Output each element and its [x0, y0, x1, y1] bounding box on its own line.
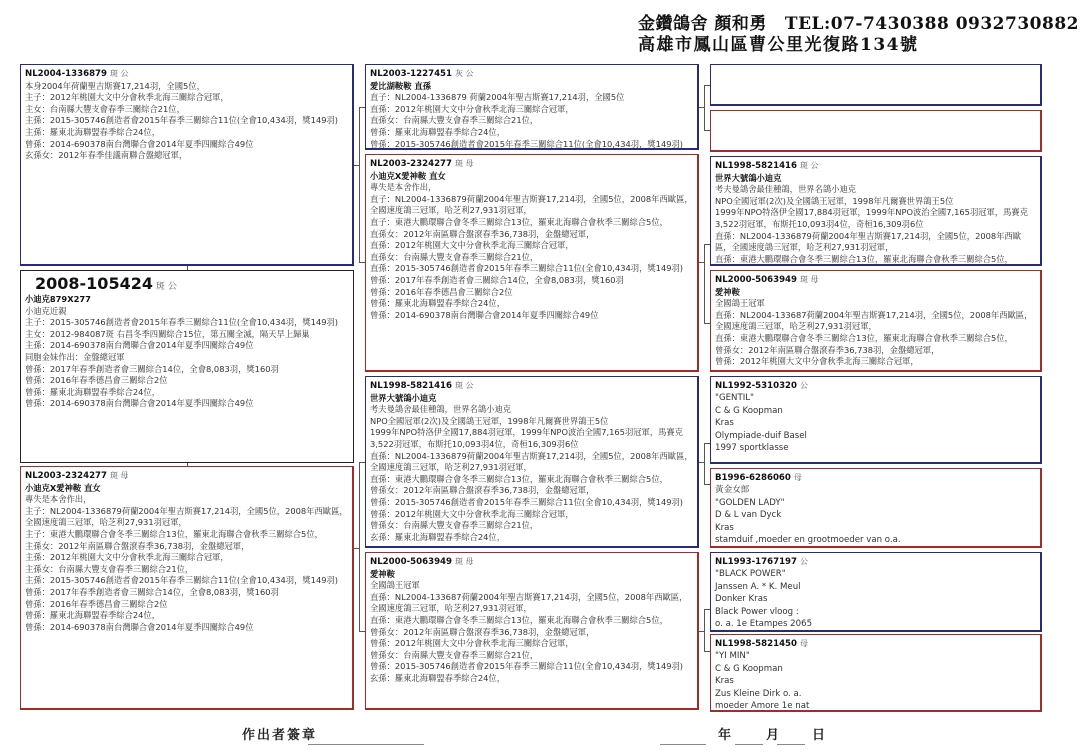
- pedigree-box-gen3-4: NL2000-5063949斑 母 愛神鞍 全國鴿王冠軍直孫：NL2004-13…: [710, 270, 1042, 372]
- pedigree-line: "GENTIL": [715, 392, 1036, 404]
- ring-number: NL1993-1767197: [715, 557, 797, 567]
- pedigree-line: 曾孫：2012年桃園大文中分會秋季北海三關綜合冠軍，: [370, 509, 693, 521]
- pedigree-line: 曾孫女：2012年南區聯合盤滾春季36,738羽，金盤總冠軍，: [715, 345, 1036, 357]
- pedigree-box-subject: 2008-105424斑 公 小迪克879X277 小迪克近親主子：2015-3…: [20, 270, 354, 463]
- pedigree-line: 本身2004年荷蘭聖吉斯賽17,214羽，全國5位，: [25, 81, 348, 93]
- pedigree-line: Donker Kras: [715, 593, 1036, 605]
- pedigree-box-dam-sire: NL1998-5821416斑 公 世界大號鴿小迪克 考夫曼鴿舍最佳種鴿，世界名…: [365, 376, 699, 548]
- connector-line: [704, 244, 710, 245]
- pedigree-line: 主女：2012-984087斑 右昌冬季四關綜合15位，第五關全滅，隔天早上歸巢: [25, 329, 349, 341]
- pedigree-line: 曾孫女：台南縣大豐支會春季三關綜合21位，: [370, 520, 693, 532]
- pedigree-line: 曾孫：羅東北海聯盟春季綜合24位，: [25, 387, 349, 399]
- pedigree-box-gen3-2: [710, 110, 1042, 152]
- connector-line: [359, 462, 365, 463]
- pedigree-line: 全國鴿王冠軍: [715, 298, 1036, 310]
- box-lines: 直子：NL2004-1336879 荷蘭2004年聖吉斯賽17,214羽，全國5…: [370, 92, 693, 150]
- connector-line: [704, 130, 710, 131]
- pedigree-line: "BLACK POWER": [715, 568, 1036, 580]
- connector-line: [359, 107, 360, 263]
- pedigree-line: 同胞金妹作出：金盤總冠軍: [25, 352, 349, 364]
- pedigree-line: 曾孫：羅東北海聯盟春季綜合24位，: [25, 610, 348, 622]
- month-line[interactable]: [735, 744, 763, 745]
- pedigree-box-gen3-7: NL1993-1767197公 "BLACK POWER"Janssen A. …: [710, 552, 1042, 632]
- pedigree-line: 主孫：2015-305746創造者會2015年春季三關綜合11位(全會10,43…: [25, 115, 348, 127]
- pedigree-line: 直孫：東港大鵬環聯合會冬季三關綜合13位，羅東北海聯合會秋季三關綜合5位，: [370, 474, 693, 486]
- pedigree-line: 1997 sportklasse: [715, 442, 1036, 454]
- pedigree-line: 主子：2015-305746創造者會2015年春季三關綜合11位(全會10,43…: [25, 317, 349, 329]
- pedigree-line: 曾孫：2017年春季創造者會三關綜合14位，全會8,083羽，獎160羽: [25, 587, 348, 599]
- ring-number: NL2003-2324277: [370, 159, 452, 169]
- pedigree-line: 曾孫：2015-305746創造者會2015年春季三關綜合11位(全會10,43…: [370, 139, 693, 150]
- box-lines: 全國鴿王冠軍直孫：NL2004-133687荷蘭2004年聖吉斯賽17,214羽…: [715, 298, 1036, 368]
- pedigree-line: 直孫：2012年桃園大文中分會秋季北海三關綜合冠軍，: [370, 240, 693, 252]
- pedigree-box-gen3-5: NL1992-5310320公 "GENTIL"C & G KoopmanKra…: [710, 376, 1042, 464]
- box-lines: 考夫曼鴿舍最佳種鴿，世界名鴿小迪克NPO全國冠軍(2次)及全國鴿王冠軍，1998…: [370, 404, 693, 543]
- pedigree-line: 曾孫女：2012年南區聯合盤滾春季36,738羽，金盤總冠軍，: [370, 485, 693, 497]
- sex-color: 斑 公: [156, 282, 177, 292]
- pedigree-line: 曾孫：2014-690378南台灣聯合會2014年夏季四關綜合49位: [370, 310, 693, 322]
- ring-number: NL2000-5063949: [715, 275, 797, 285]
- pedigree-line: 直孫女：台南縣大豐支會春季三關綜合21位，: [370, 115, 693, 127]
- sex-color: 灰 公: [455, 69, 474, 78]
- pedigree-line: 直孫：2012年桃園大文中分會秋季北海三關綜合冠軍，: [370, 104, 693, 116]
- box-lines: "YI MIN"C & G KoopmanKrasZus Kleine Dirk…: [715, 650, 1036, 712]
- pigeon-name: 愛比湖鞍鞍 直孫: [370, 81, 693, 93]
- box-lines: 考夫曼鴿舍最佳種鴿，世界名鴿小迪克NPO全國冠軍(2次)及全國鴿王冠軍，1998…: [715, 184, 1036, 265]
- connector-line: [704, 484, 710, 485]
- pedigree-line: 玄孫：羅東北海聯盟春季綜合24位，: [370, 532, 693, 544]
- box-lines: 專失是本舍作出，直子：NL2004-1336879荷蘭2004年聖吉斯賽17,2…: [370, 182, 693, 321]
- sex-symbol: 母: [794, 473, 802, 482]
- pedigree-line: 直孫：東港大鵬環聯合會冬季三關綜合13位，羅東北海聯合會秋季三關綜合5位，: [370, 615, 693, 627]
- pedigree-line: 曾孫：2014-690378南台灣聯合會2014年夏季四關綜合49位: [25, 398, 349, 410]
- pedigree-line: 曾孫：2014-690378南台灣聯合會2014年夏季四關綜合49位: [25, 139, 348, 151]
- pedigree-line: 曾孫：羅東北海聯盟春季綜合24位，: [370, 127, 693, 139]
- loft-address: 高雄市鳳山區曹公里光復路134號: [638, 35, 1068, 56]
- sex-color: 斑 公: [110, 69, 129, 78]
- pedigree-line: 主子：2012年桃園大文中分會秋季北海三關綜合冠軍，: [25, 92, 348, 104]
- pedigree-line: 曾孫：2015-305746創造者會2015年春季三關綜合11位(全會10,43…: [370, 497, 693, 509]
- pedigree-line: 直孫：NL2004-133687荷蘭2004年聖吉斯賽17,214羽，全國5位，…: [715, 310, 1036, 333]
- pedigree-line: 曾孫女：台南縣大豐支會春季三關綜合21位，: [370, 650, 693, 662]
- pedigree-line: D & L van Dyck: [715, 509, 1036, 521]
- pedigree-box-gen3-3: NL1998-5821416斑 公 世界大號鴿小迪克 考夫曼鴿舍最佳種鴿，世界名…: [710, 156, 1042, 266]
- pedigree-line: 曾孫：2016年春季德昌會三關綜合2位: [370, 287, 693, 299]
- pigeon-name: 世界大號鴿小迪克: [715, 173, 1036, 185]
- pedigree-line: 1999年NPO特洛伊全國17,884羽冠軍，1999年NPO波治全國7,165…: [370, 427, 693, 450]
- pigeon-name: 愛神鞍: [370, 569, 693, 581]
- pedigree-line: 專失是本舍作出，: [25, 494, 348, 506]
- connector-line: [704, 244, 705, 324]
- pedigree-line: 曾孫：2014-690378南台灣聯合會2014年夏季四關綜合49位: [25, 622, 348, 634]
- pedigree-line: 曾孫：羅東北海聯盟春季綜合24位，: [370, 298, 693, 310]
- pedigree-line: 曾孫：2017年春季創造者會三關綜合14位，全會8,083羽，獎160羽: [25, 364, 349, 376]
- sex-symbol: 公: [800, 557, 808, 566]
- pedigree-line: 主子：NL2004-1336879荷蘭2004年聖吉斯賽17,214羽，全國5位…: [25, 506, 348, 529]
- pedigree-line: 黃金女郎: [715, 484, 1036, 496]
- sex-color: 斑 母: [455, 557, 474, 566]
- connector-line: [704, 85, 705, 131]
- connector-line: [187, 463, 188, 466]
- connector-line: [704, 443, 710, 444]
- ring-number: 2008-105424: [25, 274, 153, 293]
- pedigree-line: 直孫：東港大鵬環聯合會冬季三關綜合13位，羅東北海聯合會秋季三關綜合5位，: [715, 333, 1036, 345]
- pedigree-line: 主孫：2012年桃園大文中分會秋季北海三關綜合冠軍，: [25, 552, 348, 564]
- year-line[interactable]: [660, 744, 706, 745]
- pedigree-line: 主孫女：2012年南區聯合盤滾春季36,738羽，金盤總冠軍，: [25, 541, 348, 553]
- year-label: 年: [718, 724, 733, 743]
- connector-line: [359, 262, 365, 263]
- box-lines: "BLACK POWER"Janssen A. * K. MeulDonker …: [715, 568, 1036, 630]
- ring-number: NL2003-1227451: [370, 69, 452, 79]
- pedigree-box-sire: NL2004-1336879斑 公 本身2004年荷蘭聖吉斯賽17,214羽，全…: [20, 64, 354, 266]
- pedigree-line: 曾孫：2016年春季德昌會三關綜合2位: [25, 375, 349, 387]
- connector-line: [704, 651, 710, 652]
- pedigree-line: Black Power vloog :: [715, 606, 1036, 618]
- ring-number: NL2000-5063949: [370, 557, 452, 567]
- pedigree-box-sire-sire: NL2003-1227451灰 公 愛比湖鞍鞍 直孫 直子：NL2004-133…: [365, 64, 699, 150]
- loft-name: 金鑽鴿舍 顏和勇: [638, 14, 767, 34]
- box-lines: 全國鴿王冠軍直孫：NL2004-133687荷蘭2004年聖吉斯賽17,214羽…: [370, 580, 693, 684]
- pedigree-line: Zus Kleine Dirk o. a.: [715, 688, 1036, 700]
- pedigree-line: stamduif ,moeder en grootmoeder van o.a.: [715, 534, 1036, 546]
- signature-label: 作出者簽章: [242, 724, 317, 743]
- pigeon-name: 世界大號鴿小迪克: [370, 393, 693, 405]
- ring-number: NL1992-5310320: [715, 381, 797, 391]
- sex-symbol: 母: [800, 639, 808, 648]
- connector-line: [704, 323, 710, 324]
- pedigree-box-sire-dam: NL2003-2324277斑 母 小迪克X愛神鞍 直女 專失是本舍作出，直子：…: [365, 154, 699, 372]
- pedigree-line: 直孫：NL2004-133687荷蘭2004年聖吉斯賽17,214羽，全國5位，…: [370, 592, 693, 615]
- pigeon-name: 小迪克X愛神鞍 直女: [25, 483, 348, 495]
- pedigree-line: Kras: [715, 522, 1036, 534]
- pedigree-line: 曾孫女：2012年南區聯合盤滾春季36,738羽，金盤總冠軍，: [370, 627, 693, 639]
- sex-color: 斑 母: [800, 275, 819, 284]
- pedigree-line: 主孫：2014-690378南台灣聯合會2014年夏季四關綜合49位: [25, 340, 349, 352]
- pigeon-name: 愛神鞍: [715, 287, 1036, 299]
- pedigree-line: Janssen A. * K. Meul: [715, 581, 1036, 593]
- day-label: 日: [812, 724, 827, 743]
- signature-line[interactable]: [308, 744, 424, 745]
- box-lines: 黃金女郎"GOLDEN LADY"D & L van DyckKrasstamd…: [715, 484, 1036, 546]
- pedigree-line: 玄孫女：2012年春季佳議南聯合盤總冠軍，: [25, 150, 348, 162]
- pedigree-line: 直孫：東港大鵬環聯合會冬季三關綜合13位，羅東北海聯合會秋季三關綜合5位，: [715, 254, 1036, 266]
- pedigree-line: 直孫女：2012年南區聯合盤滾春季36,738羽，金盤總冠軍，: [370, 229, 693, 241]
- connector-line: [359, 107, 365, 108]
- pedigree-line: 直孫：NL2004-1336879荷蘭2004年聖吉斯賽17,214羽，全國5位…: [715, 231, 1036, 254]
- box-lines: "GENTIL"C & G KoopmanKrasOlympiade-duif …: [715, 392, 1036, 454]
- sex-color: 斑 母: [110, 471, 129, 480]
- pedigree-line: 直孫：2015-305746創造者會2015年春季三關綜合11位(全會10,43…: [370, 263, 693, 275]
- pedigree-box-dam-dam: NL2000-5063949斑 母 愛神鞍 全國鴿王冠軍直孫：NL2004-13…: [365, 552, 699, 710]
- pedigree-line: NPO全國冠軍(2次)及全國鴿王冠軍，1998年凡爾賽世界鴿王5位: [715, 196, 1036, 208]
- pedigree-line: 主子：東港大鵬環聯合會冬季三關綜合13位，羅東北海聯合會秋季三關綜合5位，: [25, 529, 348, 541]
- ring-number: NL2003-2324277: [25, 471, 107, 481]
- pedigree-line: 小迪克近親: [25, 306, 349, 318]
- pedigree-box-dam: NL2003-2324277斑 母 小迪克X愛神鞍 直女 專失是本舍作出，主子：…: [20, 466, 354, 710]
- pedigree-line: 全國鴿王冠軍: [370, 580, 693, 592]
- pigeon-name: 小迪克X愛神鞍 直女: [370, 171, 693, 183]
- ring-number: NL1998-5821416: [370, 381, 452, 391]
- box-lines: 本身2004年荷蘭聖吉斯賽17,214羽，全國5位，主子：2012年桃園大文中分…: [25, 81, 348, 162]
- pedigree-box-gen3-8: NL1998-5821450母 "YI MIN"C & G KoopmanKra…: [710, 634, 1042, 712]
- pedigree-line: 直孫女：台南縣大豐支會春季三關綜合21位，: [370, 252, 693, 264]
- pedigree-line: 曾孫：2017年春季創造者會三關綜合14位，全會8,083羽，獎160羽: [370, 275, 693, 287]
- pedigree-line: 直孫：NL2004-1336879荷蘭2004年聖吉斯賽17,214羽，全國5位…: [370, 451, 693, 474]
- pedigree-line: C & G Koopman: [715, 405, 1036, 417]
- connector-line: [359, 462, 360, 632]
- pedigree-line: NPO全國冠軍(2次)及全國鴿王冠軍，1998年凡爾賽世界鴿王5位: [370, 416, 693, 428]
- sex-color: 斑 母: [455, 159, 474, 168]
- pedigree-line: 主孫女：台南縣大豐支會春季三關綜合21位，: [25, 564, 348, 576]
- pedigree-line: 考夫曼鴿舍最佳種鴿，世界名鴿小迪克: [715, 184, 1036, 196]
- connector-line: [704, 85, 710, 86]
- sex-color: 斑 公: [455, 381, 474, 390]
- pedigree-box-gen3-1: [710, 64, 1042, 106]
- pedigree-line: 曾孫：2016年春季德昌會三關綜合2位: [25, 599, 348, 611]
- pedigree-line: 1999年NPO特洛伊全國17,884羽冠軍，1999年NPO波治全國7,165…: [715, 207, 1036, 230]
- pedigree-box-gen3-6: B1996-6286060母 黃金女郎"GOLDEN LADY"D & L va…: [710, 468, 1042, 548]
- pedigree-line: C & G Koopman: [715, 663, 1036, 675]
- pedigree-line: "GOLDEN LADY": [715, 497, 1036, 509]
- connector-line: [704, 609, 710, 610]
- pedigree-line: "YI MIN": [715, 650, 1036, 662]
- loft-phone: TEL:07-7430388 0932730882: [785, 14, 1079, 34]
- connector-line: [704, 609, 705, 652]
- sex-symbol: 公: [800, 381, 808, 390]
- ring-number: B1996-6286060: [715, 473, 791, 483]
- pedigree-line: Olympiade-duif Basel: [715, 430, 1036, 442]
- connector-line: [187, 266, 188, 270]
- sex-color: 斑 公: [800, 161, 819, 170]
- pedigree-line: 曾孫：2012年桃園大文中分會秋季北海三關綜合冠軍，: [370, 638, 693, 650]
- pedigree-line: 主女：台南縣大豐支會春季三關綜合21位，: [25, 104, 348, 116]
- connector-line: [704, 443, 705, 485]
- connector-line: [359, 631, 365, 632]
- box-lines: 小迪克近親主子：2015-305746創造者會2015年春季三關綜合11位(全會…: [25, 306, 349, 410]
- day-line[interactable]: [777, 744, 805, 745]
- loft-header: 金鑽鴿舍 顏和勇TEL:07-7430388 0932730882 高雄市鳳山區…: [638, 14, 1068, 56]
- ring-number: NL2004-1336879: [25, 69, 107, 79]
- pedigree-line: 專失是本舍作出，: [370, 182, 693, 194]
- pedigree-line: Kras: [715, 417, 1036, 429]
- pedigree-line: 直子：NL2004-1336879荷蘭2004年聖吉斯賽17,214羽，全國5位…: [370, 194, 693, 217]
- pedigree-line: 直子：NL2004-1336879 荷蘭2004年聖吉斯賽17,214羽，全國5…: [370, 92, 693, 104]
- pigeon-name: 小迪克879X277: [25, 294, 349, 306]
- pedigree-line: 主孫：羅東北海聯盟春季綜合24位，: [25, 127, 348, 139]
- pedigree-line: moeder Amore 1e nat: [715, 700, 1036, 712]
- pedigree-line: Kras: [715, 675, 1036, 687]
- box-lines: 專失是本舍作出，主子：NL2004-1336879荷蘭2004年聖吉斯賽17,2…: [25, 494, 348, 633]
- ring-number: NL1998-5821450: [715, 639, 797, 649]
- pedigree-line: 主孫：2015-305746創造者會2015年春季三關綜合11位(全會10,43…: [25, 575, 348, 587]
- pedigree-line: 玄孫：羅東北海聯盟春季綜合24位，: [370, 673, 693, 685]
- pedigree-line: 曾孫：2015-305746創造者會2015年春季三關綜合11位(全會10,43…: [370, 661, 693, 673]
- pedigree-line: o. a. 1e Etampes 2065: [715, 618, 1036, 630]
- ring-number: NL1998-5821416: [715, 161, 797, 171]
- pedigree-line: 直子：東港大鵬環聯合會冬季三關綜合13位，羅東北海聯合會秋季三關綜合5位，: [370, 217, 693, 229]
- month-label: 月: [766, 724, 781, 743]
- pedigree-line: 曾孫：2012年桃園大文中分會秋季北海三關綜合冠軍，: [715, 356, 1036, 368]
- pedigree-line: 考夫曼鴿舍最佳種鴿，世界名鴿小迪克: [370, 404, 693, 416]
